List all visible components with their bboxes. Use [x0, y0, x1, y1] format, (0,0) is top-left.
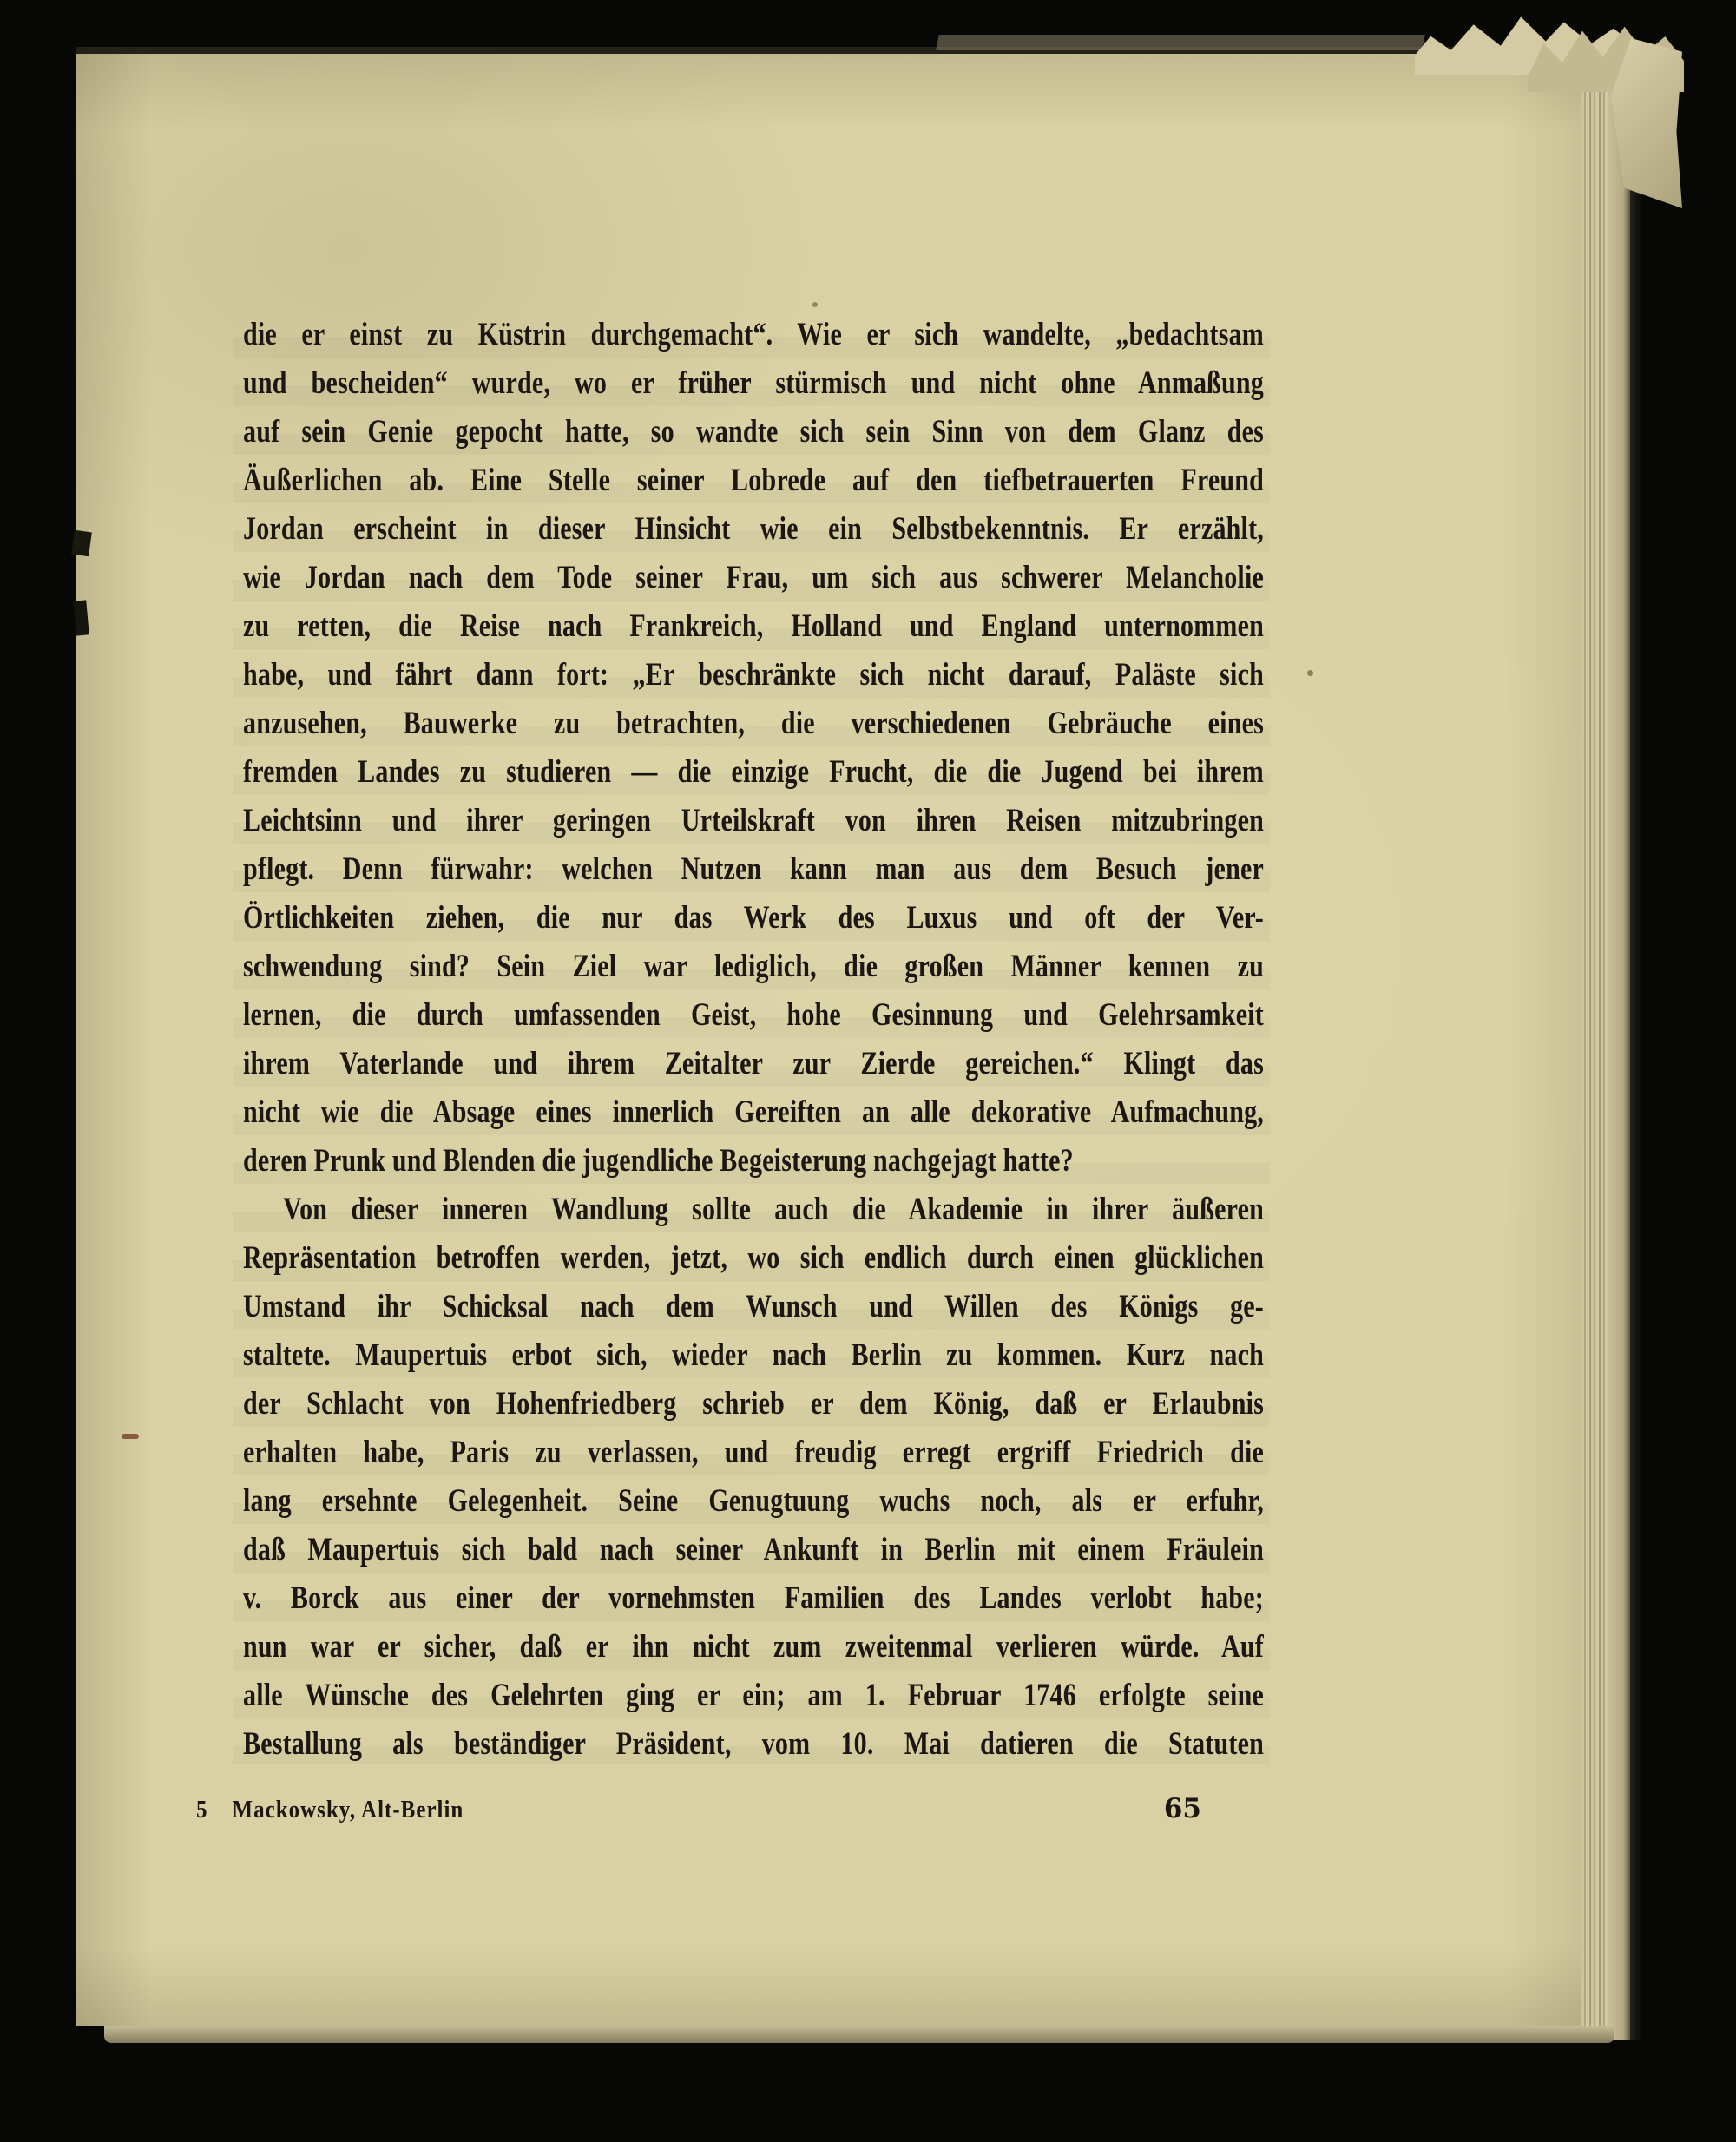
upper-page-edge [936, 35, 1425, 50]
left-edge-nick [71, 530, 92, 557]
text-line: Bestallung als beständiger Präsident, vo… [243, 1715, 1264, 1774]
book-cover-edge [1608, 50, 1630, 2040]
paper-speck [1307, 670, 1313, 676]
edge-shadow [1630, 50, 1642, 2040]
page-bottom-edge [104, 2026, 1614, 2043]
page-footer: 5Mackowsky, Alt-Berlin 65 [196, 1798, 1264, 1836]
running-title-label: Mackowsky, Alt-Berlin [233, 1797, 464, 1823]
body-text-block: die er einst zu Küstrin durchgemacht“. W… [243, 311, 1264, 1769]
running-title: 5Mackowsky, Alt-Berlin [196, 1797, 464, 1824]
sheet-signature: 5 [196, 1797, 208, 1824]
page-stack-edge [1581, 56, 1608, 2036]
page-number: 65 [1073, 1793, 1201, 1824]
scanned-book-page: die er einst zu Küstrin durchgemacht“. W… [0, 0, 1736, 2142]
paper-stain [122, 1434, 139, 1439]
